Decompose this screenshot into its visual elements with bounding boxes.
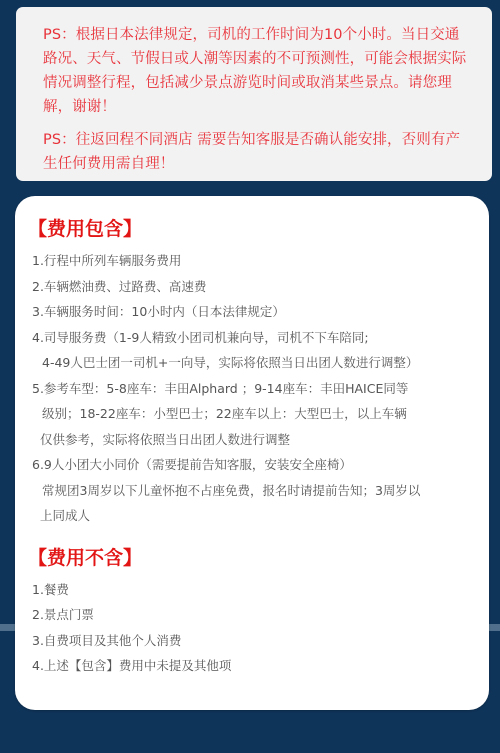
included-item-4-cont: 4-49人巴士团一司机+一向导，实际将依照当日出团人数进行调整） [32,350,473,376]
excluded-item-3: 3.自费项目及其他个人消费 [32,628,473,654]
included-item-6-cont: 常规团3周岁以下儿童怀抱不占座免费，报名时请提前告知；3周岁以 [32,478,473,504]
included-item-3: 3.车辆服务时间：10小时内（日本法律规定） [32,299,473,325]
included-item-4: 4.司导服务费（1-9人精致小团司机兼向导，司机不下车陪同; [32,325,473,351]
section-gap [32,529,473,545]
notice-driver-hours: PS：根据日本法律规定，司机的工作时间为10个小时。当日交通路况、天气、节假日或… [43,23,472,119]
included-item-2: 2.车辆燃油费、过路费、高速费 [32,274,473,300]
excluded-item-2: 2.景点门票 [32,602,473,628]
excluded-item-1: 1.餐费 [32,577,473,603]
fee-card: 【费用包含】 1.行程中所列车辆服务费用 2.车辆燃油费、过路费、高速费 3.车… [15,196,489,710]
included-item-5: 5.参考车型：5-8座车：丰田Alphard ；9-14座车：丰田HAICE同等 [32,376,473,402]
notice-card: PS：根据日本法律规定，司机的工作时间为10个小时。当日交通路况、天气、节假日或… [16,7,492,181]
included-section-title: 【费用包含】 [28,216,473,242]
included-item-1: 1.行程中所列车辆服务费用 [32,248,473,274]
excluded-section-title: 【费用不含】 [28,545,473,571]
included-item-5-cont2: 仅供参考，实际将依照当日出团人数进行调整 [32,427,473,453]
notice-hotel-return: PS：往返回程不同酒店 需要告知客服是否确认能安排，否则有产生任何费用需自理！ [43,128,472,176]
excluded-item-4: 4.上述【包含】费用中未提及其他项 [32,653,473,679]
included-item-5-cont: 级别；18-22座车：小型巴士；22座车以上：大型巴士，以上车辆 [32,401,473,427]
included-item-6-cont2: 上同成人 [32,503,473,529]
included-item-6: 6.9人小团大小同价（需要提前告知客服，安装安全座椅） [32,452,473,478]
